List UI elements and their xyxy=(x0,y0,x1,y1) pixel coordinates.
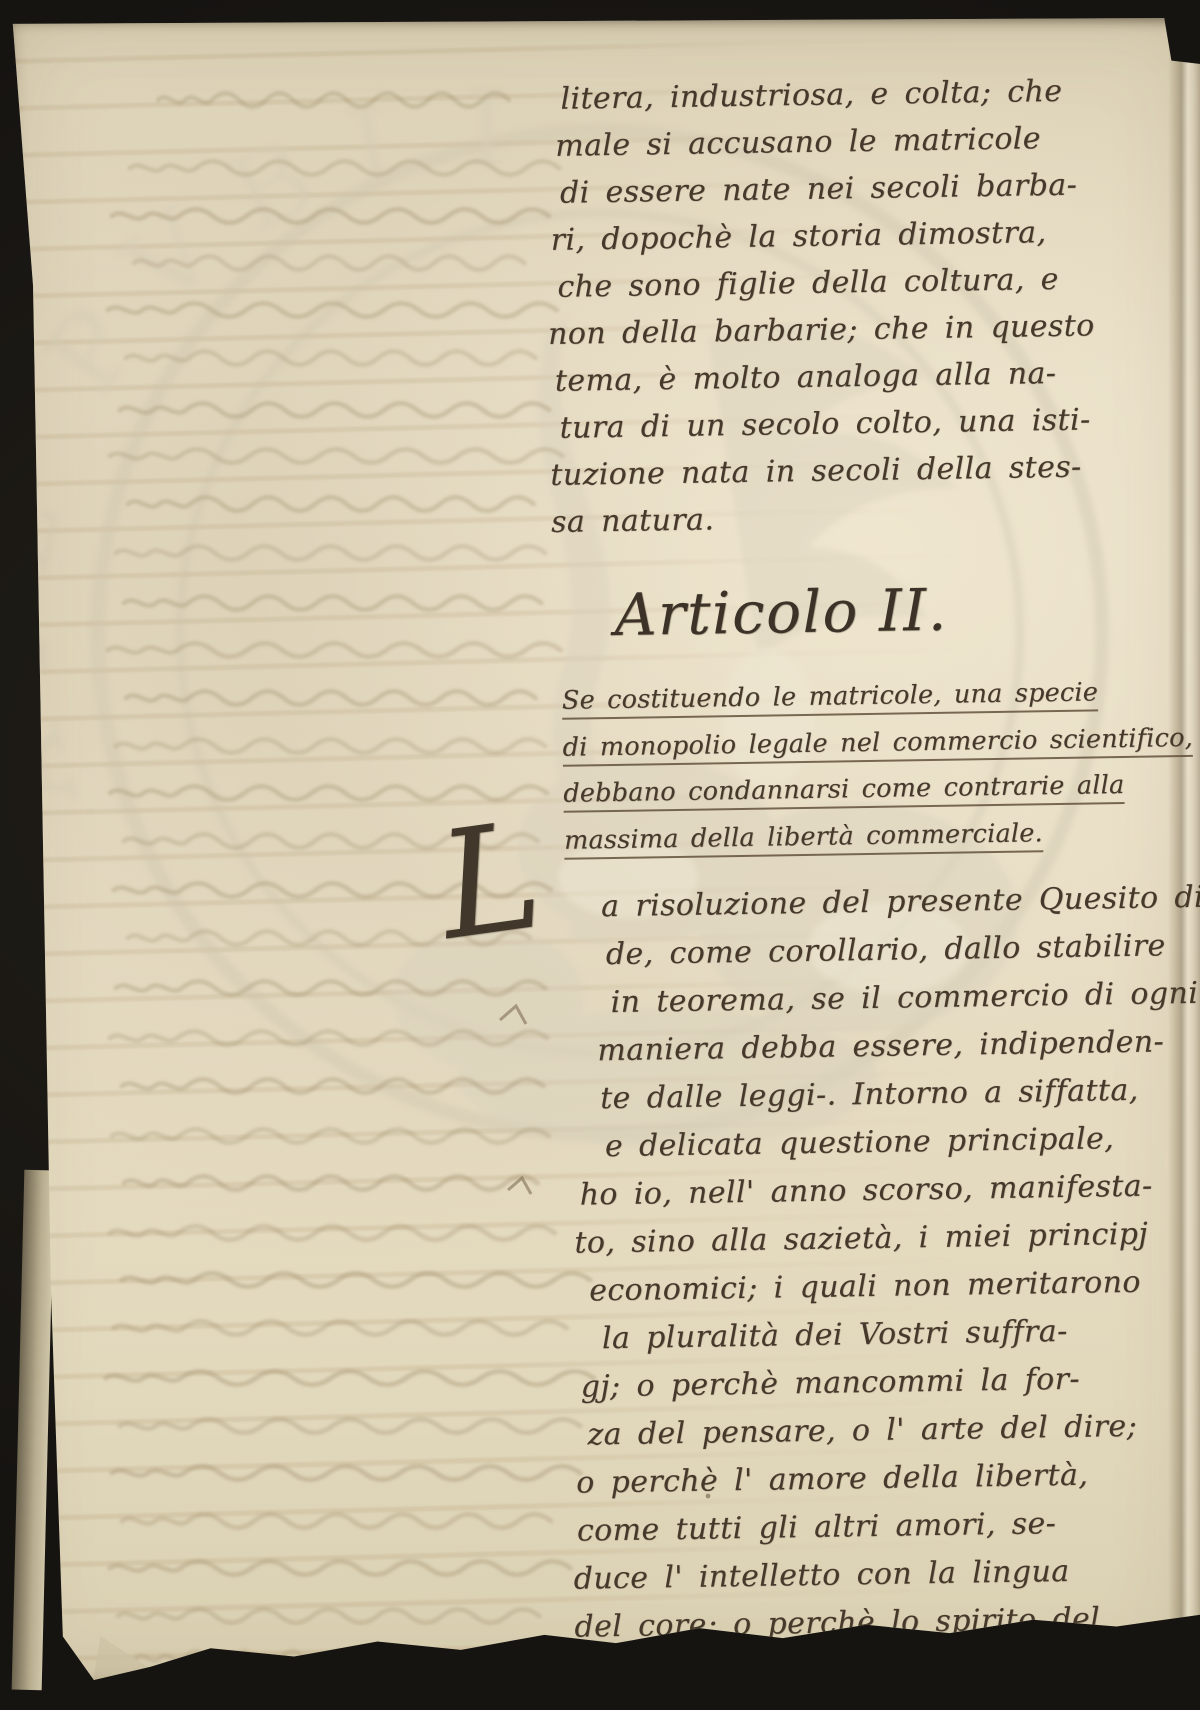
underlined-question-line: debbano condannarsi come contrarie alla xyxy=(555,762,1122,817)
manuscript-page: ATE PVBLI xyxy=(8,18,1200,1690)
photo-background: ATE PVBLI xyxy=(0,0,1200,1710)
seal-ring-letters: ATE PVBLI xyxy=(8,68,547,824)
underlined-question-line: massima della libertà commerciale. xyxy=(556,809,1123,864)
corner-fold xyxy=(92,1636,162,1688)
underlined-question-line: Se costituendo le matricole, una specie xyxy=(554,669,1121,724)
article-heading: Articolo II. xyxy=(552,561,1119,662)
opening-paragraph: litera, industriosa, e colta; che male s… xyxy=(544,67,1117,546)
handwritten-line: tuzione nata in secoli della stes- xyxy=(550,443,1117,499)
question-statement: Se costituendo le matricole, una specie … xyxy=(554,669,1123,864)
handwritten-text-column: litera, industriosa, e colta; che male s… xyxy=(544,61,1135,1652)
page-fold-edge xyxy=(1168,46,1200,1626)
handwritten-line: del core; o perchè lo spirito del xyxy=(568,1595,1135,1652)
body-paragraph: L a risoluzione del presente Quesito dip… xyxy=(557,875,1135,1652)
drop-cap-initial: L xyxy=(431,801,549,961)
handwritten-line: sa natura. xyxy=(551,490,1118,546)
underlying-sheet-edge xyxy=(12,1170,55,1691)
